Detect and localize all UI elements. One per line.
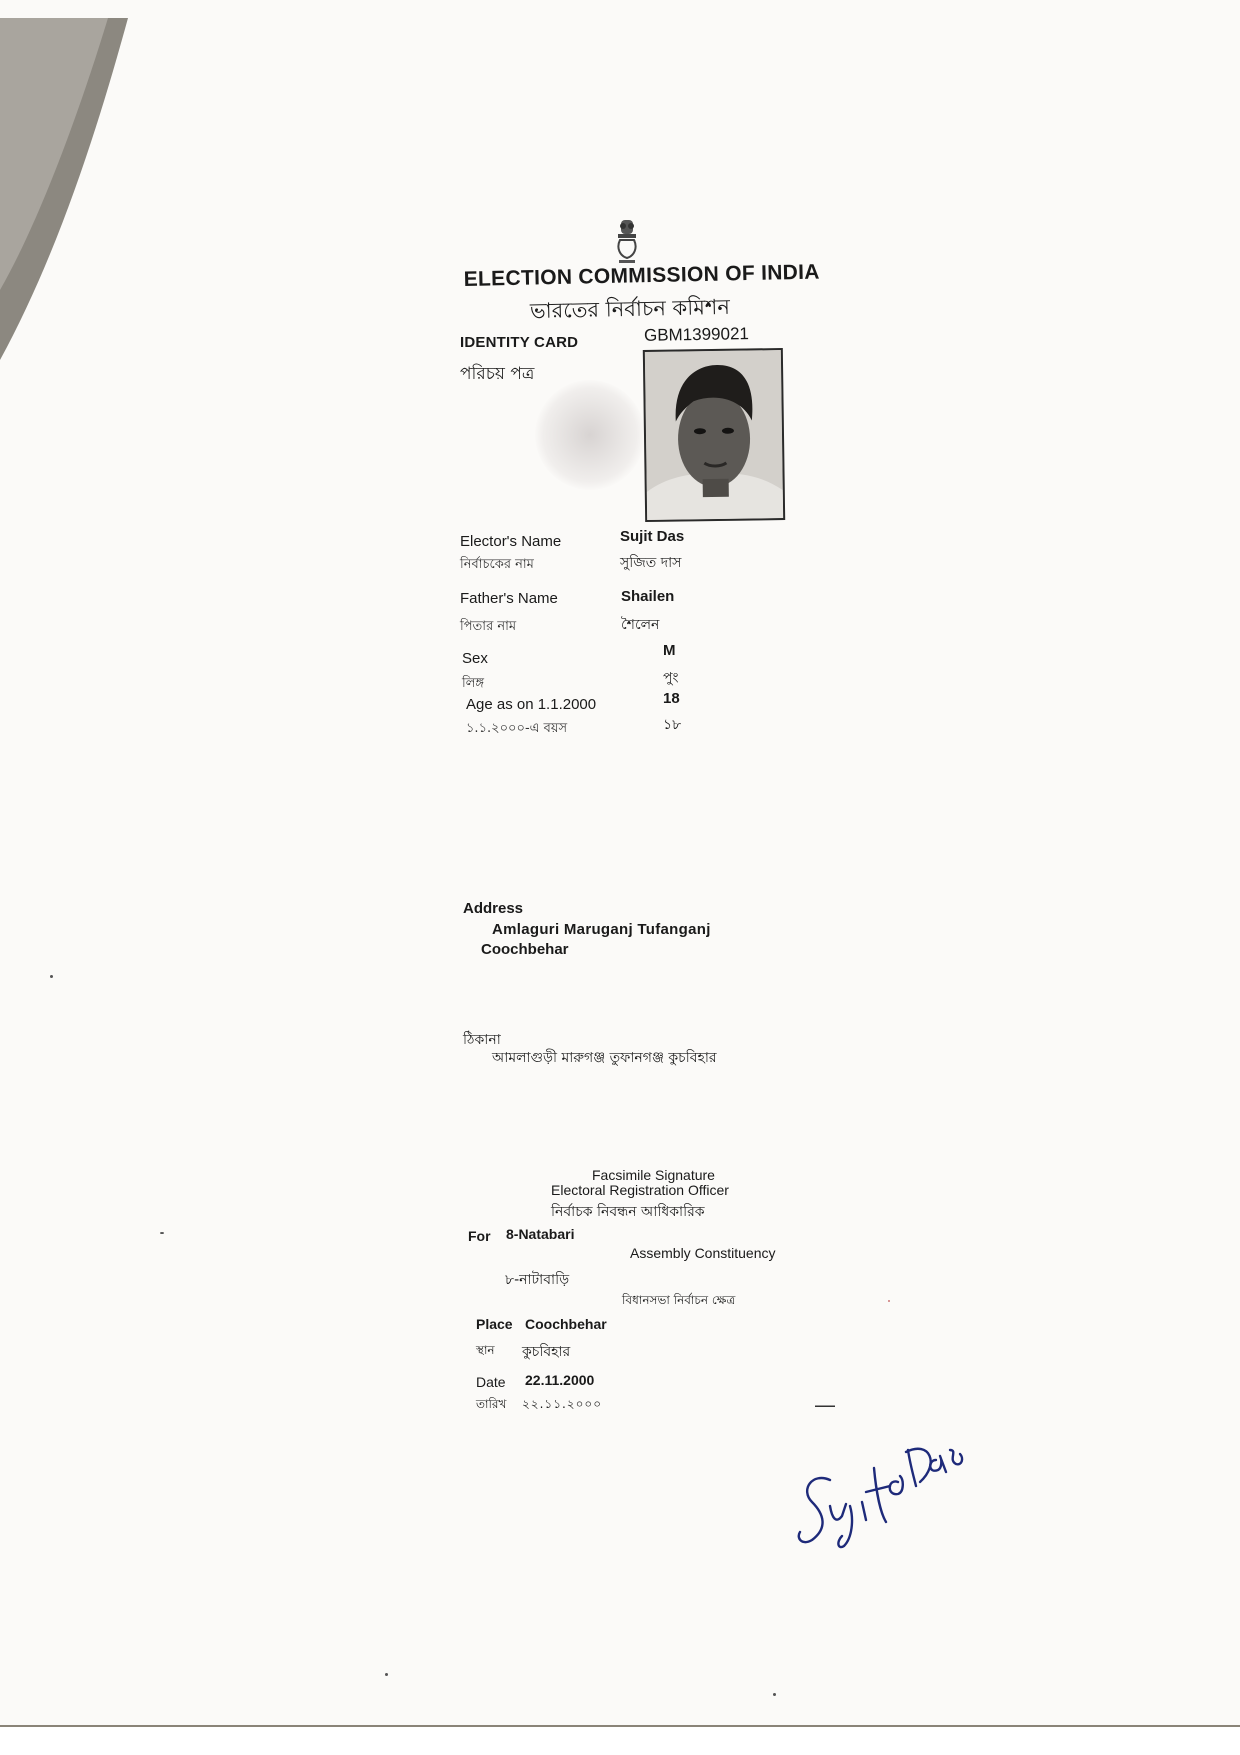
scan-speck bbox=[888, 1300, 890, 1302]
scan-speck bbox=[50, 975, 53, 978]
sex-label: Sex bbox=[462, 650, 488, 667]
constituency-name-bengali: ৮-নাটাবাড়ি bbox=[505, 1268, 569, 1292]
place-label: Place bbox=[476, 1316, 513, 1332]
address-label: Address bbox=[463, 900, 523, 917]
father-name-label: Father's Name bbox=[460, 590, 558, 607]
page-bottom-edge bbox=[0, 1725, 1240, 1755]
address-line-1: Amlaguri Maruganj Tufanganj bbox=[492, 921, 711, 938]
place-value-bengali: কুচবিহার bbox=[522, 1340, 570, 1364]
elector-name-value-bengali: সুজিত দাস bbox=[620, 551, 681, 575]
date-label-bengali: তারিখ bbox=[476, 1396, 506, 1416]
sex-value-bengali: পুং bbox=[663, 666, 679, 690]
elector-photo bbox=[643, 348, 785, 522]
sex-value: M bbox=[663, 642, 676, 659]
constituency-type-bengali: বিধানসভা নির্বাচন ক্ষেত্র bbox=[622, 1292, 735, 1312]
constituency-type: Assembly Constituency bbox=[630, 1245, 776, 1261]
age-label-bengali: ১.১.২০০০-এ বয়স bbox=[466, 719, 567, 740]
handwritten-signature bbox=[790, 1420, 990, 1550]
person-portrait-icon bbox=[645, 350, 783, 520]
age-value-bengali: ১৮ bbox=[663, 713, 681, 737]
scan-speck bbox=[773, 1693, 776, 1696]
address-bengali: আমলাগুড়ী মারুগঞ্জ তুফানগঞ্জ কুচবিহার bbox=[492, 1046, 717, 1070]
elector-name-label: Elector's Name bbox=[460, 533, 561, 550]
serial-mark: ▬▬▬▬ bbox=[815, 1403, 835, 1409]
elector-name-value: Sujit Das bbox=[620, 528, 684, 545]
ero-title-bengali: নির্বাচক নিবন্ধন আধিকারিক bbox=[551, 1200, 705, 1224]
page-edge-shadow bbox=[0, 0, 140, 400]
age-value: 18 bbox=[663, 690, 680, 707]
facsimile-signature-label: Facsimile Signature bbox=[592, 1167, 715, 1183]
official-seal-stamp bbox=[535, 380, 645, 490]
sex-label-bengali: লিঙ্গ bbox=[462, 674, 484, 695]
scan-speck bbox=[385, 1673, 388, 1676]
card-type-label-bengali: পরিচয় পত্র bbox=[460, 361, 534, 389]
constituency-name: 8-Natabari bbox=[506, 1226, 574, 1242]
for-label: For bbox=[468, 1228, 491, 1244]
date-label: Date bbox=[476, 1374, 506, 1390]
state-emblem-icon bbox=[612, 218, 642, 268]
date-value: 22.11.2000 bbox=[525, 1372, 594, 1388]
place-label-bengali: স্থান bbox=[476, 1342, 495, 1362]
epic-number: GBM1399021 bbox=[644, 324, 749, 346]
card-type-label: IDENTITY CARD bbox=[460, 334, 578, 351]
ero-title: Electoral Registration Officer bbox=[551, 1182, 729, 1198]
date-value-bengali: ২২.১১.২০০০ bbox=[522, 1396, 602, 1416]
father-name-value-bengali: শৈলেন bbox=[621, 613, 659, 637]
scan-speck bbox=[160, 1232, 164, 1234]
father-name-value: Shailen bbox=[621, 588, 674, 605]
address-line-2: Coochbehar bbox=[481, 941, 569, 958]
place-value: Coochbehar bbox=[525, 1316, 607, 1332]
age-label: Age as on 1.1.2000 bbox=[466, 696, 596, 713]
issuer-title: ELECTION COMMISSION OF INDIA bbox=[463, 261, 820, 292]
elector-name-label-bengali: নির্বাচকের নাম bbox=[460, 555, 534, 576]
father-name-label-bengali: পিতার নাম bbox=[460, 617, 516, 638]
